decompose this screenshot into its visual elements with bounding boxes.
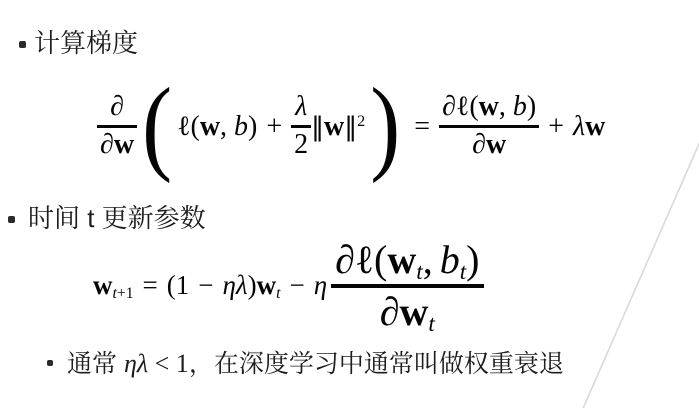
math-token: λ xyxy=(236,270,248,300)
big-left-paren: ( xyxy=(142,86,172,166)
math-token: ∂ xyxy=(100,129,114,160)
equals-sign: = xyxy=(143,269,158,303)
math-token: b xyxy=(234,111,248,142)
math-token: ) xyxy=(248,111,257,142)
math-token: 2 xyxy=(291,130,311,161)
math-token: λ xyxy=(573,111,585,142)
math-token-group: ∂w xyxy=(97,130,137,161)
bullet-label: 时间 t 更新参数 xyxy=(28,202,206,236)
math-token: ) xyxy=(527,91,536,122)
math-token: , xyxy=(220,111,227,142)
math-token: w xyxy=(479,91,499,122)
fraction-bar xyxy=(291,125,311,128)
subscript-t: t xyxy=(428,311,434,337)
math-token: ( xyxy=(167,270,176,300)
math-token-group: ∂ℓ(w,b) xyxy=(439,92,539,123)
loss-term: ℓ(w,b)+ xyxy=(177,109,291,144)
fraction-lambda-over-2: λ 2 xyxy=(291,92,311,161)
math-token: w xyxy=(114,129,134,160)
subscript-plus-1: +1 xyxy=(117,285,134,302)
math-token: ) xyxy=(466,237,479,282)
note-prefix: 通常 xyxy=(67,350,117,378)
superscript-2: 2 xyxy=(357,112,365,130)
math-token: λ xyxy=(292,92,310,123)
fraction-dloss-over-dwt: ∂ℓ(wt,bt) ∂wt xyxy=(331,239,483,333)
plus-operator: + xyxy=(266,111,282,142)
slide-weight-decay: 计算梯度 ∂ ∂w ( ℓ(w,b)+ λ 2 ‖w‖2 ) = ∂ℓ(w,b)… xyxy=(0,0,699,408)
subscript-t: t xyxy=(460,259,466,285)
ell-symbol: ℓ xyxy=(355,237,374,282)
math-token: , xyxy=(423,237,433,282)
note-suffix: ，在深度学习中通常叫做权重衰退 xyxy=(189,350,564,378)
weight-decay-term: +λw xyxy=(539,109,605,144)
math-token: w xyxy=(486,129,506,160)
math-token: ∂ xyxy=(335,237,355,282)
less-than-one: < 1 xyxy=(148,349,189,378)
math-token: ) xyxy=(248,270,257,300)
bullet-dot xyxy=(47,360,53,366)
math-token: ( xyxy=(374,237,387,282)
math-token: ∂ xyxy=(472,129,486,160)
math-token-group: ∂wt xyxy=(376,291,439,333)
math-token: w xyxy=(585,111,605,142)
subscript-t: t xyxy=(416,259,422,285)
math-token: η xyxy=(223,270,236,300)
big-right-paren: ) xyxy=(370,86,400,166)
math-token: ∂ xyxy=(442,91,456,122)
math-token-group: ∂ℓ(wt,bt) xyxy=(331,239,483,281)
math-token: 1 xyxy=(176,270,190,300)
math-token: w xyxy=(324,111,344,142)
fraction-bar xyxy=(439,125,539,128)
minus-operator: − xyxy=(289,269,304,303)
math-token: ( xyxy=(190,111,199,142)
fraction-bar xyxy=(97,125,137,128)
minus-operator: − xyxy=(198,270,213,300)
plus-operator: + xyxy=(548,111,564,142)
bullet-item-weight-decay-note: 通常 ηλ < 1，在深度学习中通常叫做权重衰退 xyxy=(47,347,564,381)
math-token: , xyxy=(499,91,506,122)
math-token: w xyxy=(93,270,113,300)
bullet-dot xyxy=(19,41,26,48)
math-token-group: ∂w xyxy=(469,130,509,161)
math-token: b xyxy=(440,237,460,282)
eta-lambda-math: ηλ xyxy=(124,349,148,378)
math-token: w xyxy=(400,289,429,334)
fraction-dloss-over-dw: ∂ℓ(w,b) ∂w xyxy=(439,92,539,161)
bullet-label: 通常 ηλ < 1，在深度学习中通常叫做权重衰退 xyxy=(67,347,564,381)
w-t-plus-1: wt+1 xyxy=(93,269,134,303)
ell-symbol: ℓ xyxy=(177,111,190,142)
math-token: w xyxy=(387,237,416,282)
math-token: ∂ xyxy=(380,289,400,334)
decay-factor-term: (1−ηλ)wt xyxy=(167,269,281,303)
formula-update-rule: wt+1 = (1−ηλ)wt − η ∂ℓ(wt,bt) ∂wt xyxy=(93,243,484,329)
math-token: w xyxy=(257,270,277,300)
norm-bar-left: ‖ xyxy=(311,112,324,142)
bullet-dot xyxy=(8,216,15,223)
ell-symbol: ℓ xyxy=(456,91,469,122)
bullet-item-compute-gradient: 计算梯度 xyxy=(19,27,138,61)
bullet-label: 计算梯度 xyxy=(34,27,138,61)
subscript-t: t xyxy=(276,285,280,302)
formula-gradient: ∂ ∂w ( ℓ(w,b)+ λ 2 ‖w‖2 ) = ∂ℓ(w,b) ∂w +… xyxy=(97,84,605,168)
math-token: ∂ xyxy=(107,92,127,123)
learning-rate-eta: η xyxy=(314,269,327,303)
norm-term: ‖w‖2 xyxy=(311,109,365,144)
fraction-partial-over-partial-w: ∂ ∂w xyxy=(97,92,137,161)
equals-sign: = xyxy=(414,109,430,144)
bullet-item-update-params: 时间 t 更新参数 xyxy=(8,202,206,236)
math-token: ( xyxy=(469,91,478,122)
math-token: b xyxy=(513,91,527,122)
math-token: w xyxy=(200,111,220,142)
norm-bar-right: ‖ xyxy=(344,112,357,142)
